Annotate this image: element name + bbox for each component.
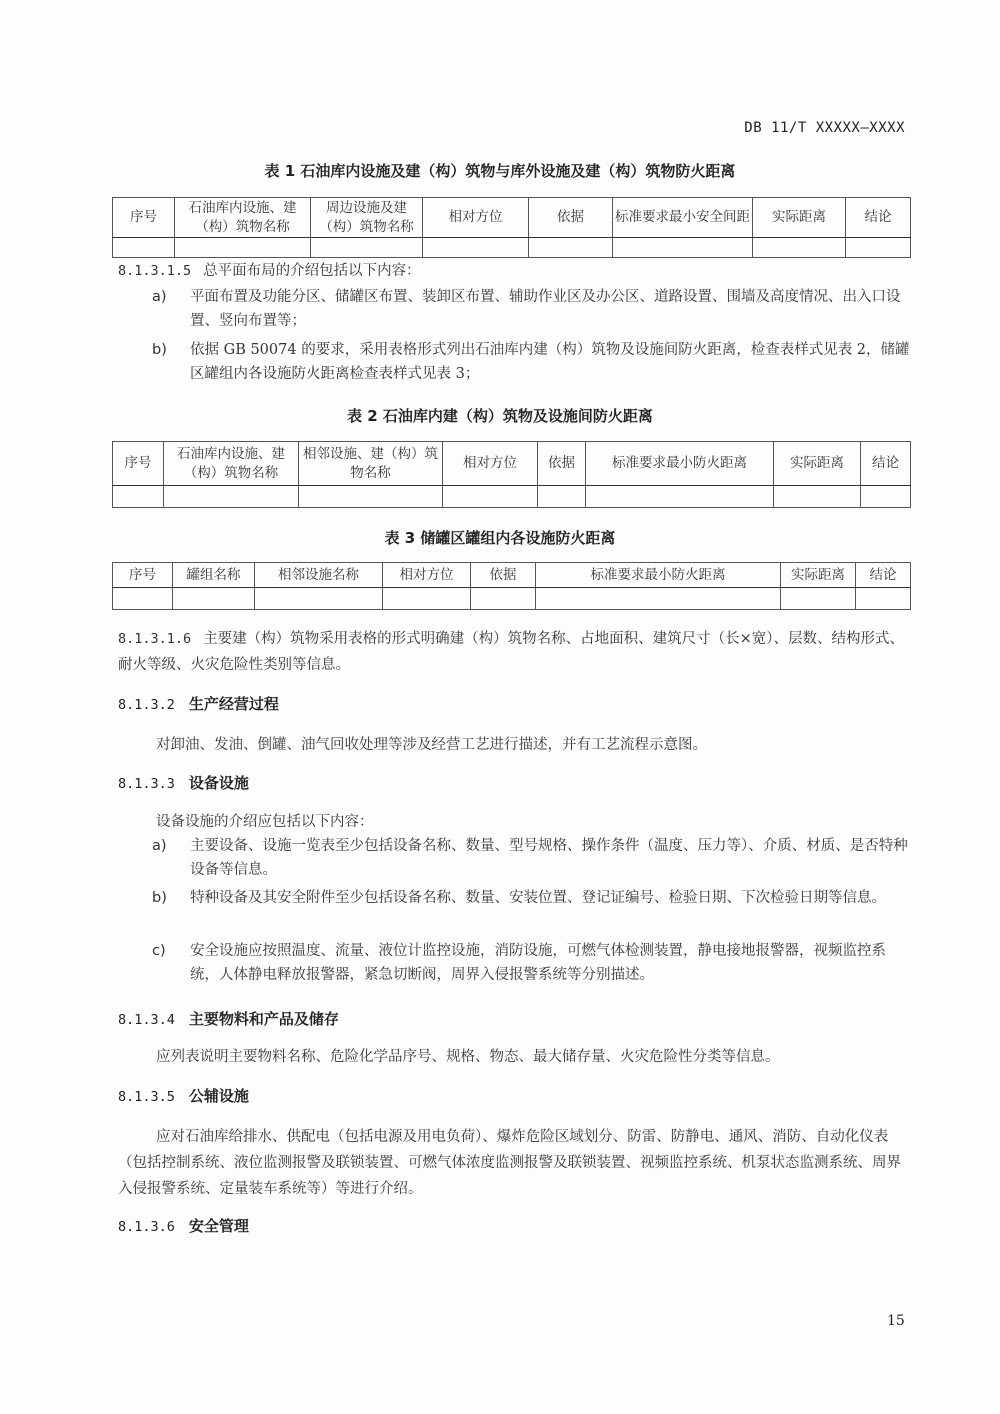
- table3-cell: [173, 588, 255, 610]
- table1-cell: [753, 238, 846, 258]
- section-heading-8-1-3-2: 8.1.3.2生产经营过程: [118, 693, 279, 714]
- table3-cell: [255, 588, 383, 610]
- list-marker: a): [152, 834, 188, 858]
- table1-cell: [423, 238, 529, 258]
- section-number: 8.1.3.4: [118, 1012, 175, 1028]
- table3-header-cell: 相对方位: [383, 563, 471, 588]
- section-title: 公辅设施: [189, 1087, 249, 1105]
- table1-header-cell: 周边设施及建（构）筑物名称: [311, 198, 423, 238]
- table-row: [113, 486, 911, 508]
- table-row: [113, 238, 911, 258]
- table3-header-cell: 结论: [856, 563, 911, 588]
- list-item: b) 特种设备及其安全附件至少包括设备名称、数量、安装位置、登记证编号、检验日期…: [152, 886, 912, 910]
- section-intro: 设备设施的介绍应包括以下内容：: [118, 809, 908, 835]
- table2: 序号 石油库内设施、建（构）筑物名称 相邻设施、建（构）筑物名称 相对方位 依据…: [112, 441, 911, 508]
- section-title: 生产经营过程: [189, 695, 279, 713]
- table2-cell: [164, 486, 299, 508]
- table1-cell: [529, 238, 613, 258]
- list-text: 特种设备及其安全附件至少包括设备名称、数量、安装位置、登记证编号、检验日期、下次…: [190, 886, 912, 910]
- table3: 序号 罐组名称 相邻设施名称 相对方位 依据 标准要求最小防火距离 实际距离 结…: [112, 562, 911, 610]
- table2-cell: [861, 486, 911, 508]
- section-heading-8-1-3-4: 8.1.3.4主要物料和产品及储存: [118, 1008, 339, 1029]
- section-number: 8.1.3.5: [118, 1089, 175, 1105]
- table3-header-cell: 序号: [113, 563, 173, 588]
- page-number: 15: [887, 1313, 905, 1329]
- table3-header-cell: 实际距离: [781, 563, 856, 588]
- table2-header-cell: 序号: [113, 442, 164, 486]
- table2-header-cell: 相邻设施、建（构）筑物名称: [299, 442, 443, 486]
- clause-text: 主要建（构）筑物采用表格的形式明确建（构）筑物名称、占地面积、建筑尺寸（长×宽）…: [118, 631, 904, 673]
- list-item: c) 安全设施应按照温度、流量、液位计监控设施，消防设施，可燃气体检测装置，静电…: [152, 939, 912, 987]
- list-marker: c): [152, 939, 188, 963]
- table2-header-cell: 石油库内设施、建（构）筑物名称: [164, 442, 299, 486]
- table1: 序号 石油库内设施、建（构）筑物名称 周边设施及建（构）筑物名称 相对方位 依据…: [112, 197, 911, 258]
- list-marker: b): [152, 338, 188, 362]
- table2-title: 表 2 石油库内建（构）筑物及设施间防火距离: [0, 405, 1000, 426]
- table1-cell: [613, 238, 753, 258]
- section-number: 8.1.3.2: [118, 697, 175, 713]
- list-text: 主要设备、设施一览表至少包括设备名称、数量、型号规格、操作条件（温度、压力等）、…: [190, 834, 912, 882]
- table2-header-cell: 实际距离: [774, 442, 861, 486]
- clause-8-1-3-1-6: 8.1.3.1.6主要建（构）筑物采用表格的形式明确建（构）筑物名称、占地面积、…: [118, 626, 908, 678]
- list-text: 依据 GB 50074 的要求，采用表格形式列出石油库内建（构）筑物及设施间防火…: [190, 338, 912, 386]
- table1-header-cell: 结论: [846, 198, 911, 238]
- table1-header-cell: 依据: [529, 198, 613, 238]
- table1-cell: [311, 238, 423, 258]
- table1-cell: [846, 238, 911, 258]
- section-number: 8.1.3.3: [118, 776, 175, 792]
- table3-cell: [781, 588, 856, 610]
- table3-header-cell: 标准要求最小防火距离: [536, 563, 781, 588]
- table2-header-cell: 标准要求最小防火距离: [586, 442, 774, 486]
- section-heading-8-1-3-3: 8.1.3.3设备设施: [118, 772, 249, 793]
- table3-cell: [383, 588, 471, 610]
- section-title: 安全管理: [189, 1217, 249, 1235]
- list-item: a) 平面布置及功能分区、储罐区布置、装卸区布置、辅助作业区及办公区、道路设置、…: [152, 285, 912, 333]
- clause-8-1-3-1-5: 8.1.3.1.5总平面布局的介绍包括以下内容：: [118, 259, 908, 283]
- list-marker: b): [152, 886, 188, 910]
- section-heading-8-1-3-5: 8.1.3.5公辅设施: [118, 1085, 249, 1106]
- table1-header-cell: 石油库内设施、建（构）筑物名称: [175, 198, 311, 238]
- table2-cell: [586, 486, 774, 508]
- table1-header-cell: 实际距离: [753, 198, 846, 238]
- table2-header-cell: 结论: [861, 442, 911, 486]
- section-number: 8.1.3.6: [118, 1219, 175, 1235]
- table3-header-cell: 依据: [471, 563, 536, 588]
- table3-cell: [113, 588, 173, 610]
- table1-header-cell: 标准要求最小安全间距: [613, 198, 753, 238]
- table1-cell: [175, 238, 311, 258]
- table3-cell: [536, 588, 781, 610]
- section-text: 对卸油、发油、倒罐、油气回收处理等涉及经营工艺进行描述，并有工艺流程示意图。: [118, 732, 908, 758]
- table2-header-cell: 相对方位: [443, 442, 538, 486]
- clause-number: 8.1.3.1.5: [118, 263, 191, 279]
- clause-number: 8.1.3.1.6: [118, 631, 191, 647]
- list-item: b) 依据 GB 50074 的要求，采用表格形式列出石油库内建（构）筑物及设施…: [152, 338, 912, 386]
- table3-cell: [856, 588, 911, 610]
- table3-header-cell: 罐组名称: [173, 563, 255, 588]
- table2-cell: [774, 486, 861, 508]
- list-item: a) 主要设备、设施一览表至少包括设备名称、数量、型号规格、操作条件（温度、压力…: [152, 834, 912, 882]
- list-text: 平面布置及功能分区、储罐区布置、装卸区布置、辅助作业区及办公区、道路设置、围墙及…: [190, 285, 912, 333]
- table2-cell: [443, 486, 538, 508]
- section-title: 主要物料和产品及储存: [189, 1010, 339, 1028]
- table1-header-cell: 相对方位: [423, 198, 529, 238]
- table1-header-cell: 序号: [113, 198, 175, 238]
- section-text: 应列表说明主要物料名称、危险化学品序号、规格、物态、最大储存量、火灾危险性分类等…: [118, 1044, 908, 1070]
- table2-cell: [538, 486, 586, 508]
- table1-title: 表 1 石油库内设施及建（构）筑物与库外设施及建（构）筑物防火距离: [0, 160, 1000, 181]
- clause-text: 总平面布局的介绍包括以下内容：: [203, 263, 421, 279]
- table2-cell: [299, 486, 443, 508]
- document-page: DB 11/T XXXXX—XXXX 表 1 石油库内设施及建（构）筑物与库外设…: [0, 0, 1000, 1414]
- table-row: [113, 588, 911, 610]
- table1-cell: [113, 238, 175, 258]
- standard-code: DB 11/T XXXXX—XXXX: [744, 120, 905, 136]
- table3-header-cell: 相邻设施名称: [255, 563, 383, 588]
- section-title: 设备设施: [189, 774, 249, 792]
- table2-header-cell: 依据: [538, 442, 586, 486]
- list-marker: a): [152, 285, 188, 309]
- table3-cell: [471, 588, 536, 610]
- table3-title: 表 3 储罐区罐组内各设施防火距离: [0, 527, 1000, 548]
- list-text: 安全设施应按照温度、流量、液位计监控设施，消防设施，可燃气体检测装置，静电接地报…: [190, 939, 912, 987]
- table2-cell: [113, 486, 164, 508]
- section-heading-8-1-3-6: 8.1.3.6安全管理: [118, 1215, 249, 1236]
- section-text: 应对石油库给排水、供配电（包括电源及用电负荷）、爆炸危险区域划分、防雷、防静电、…: [118, 1124, 908, 1202]
